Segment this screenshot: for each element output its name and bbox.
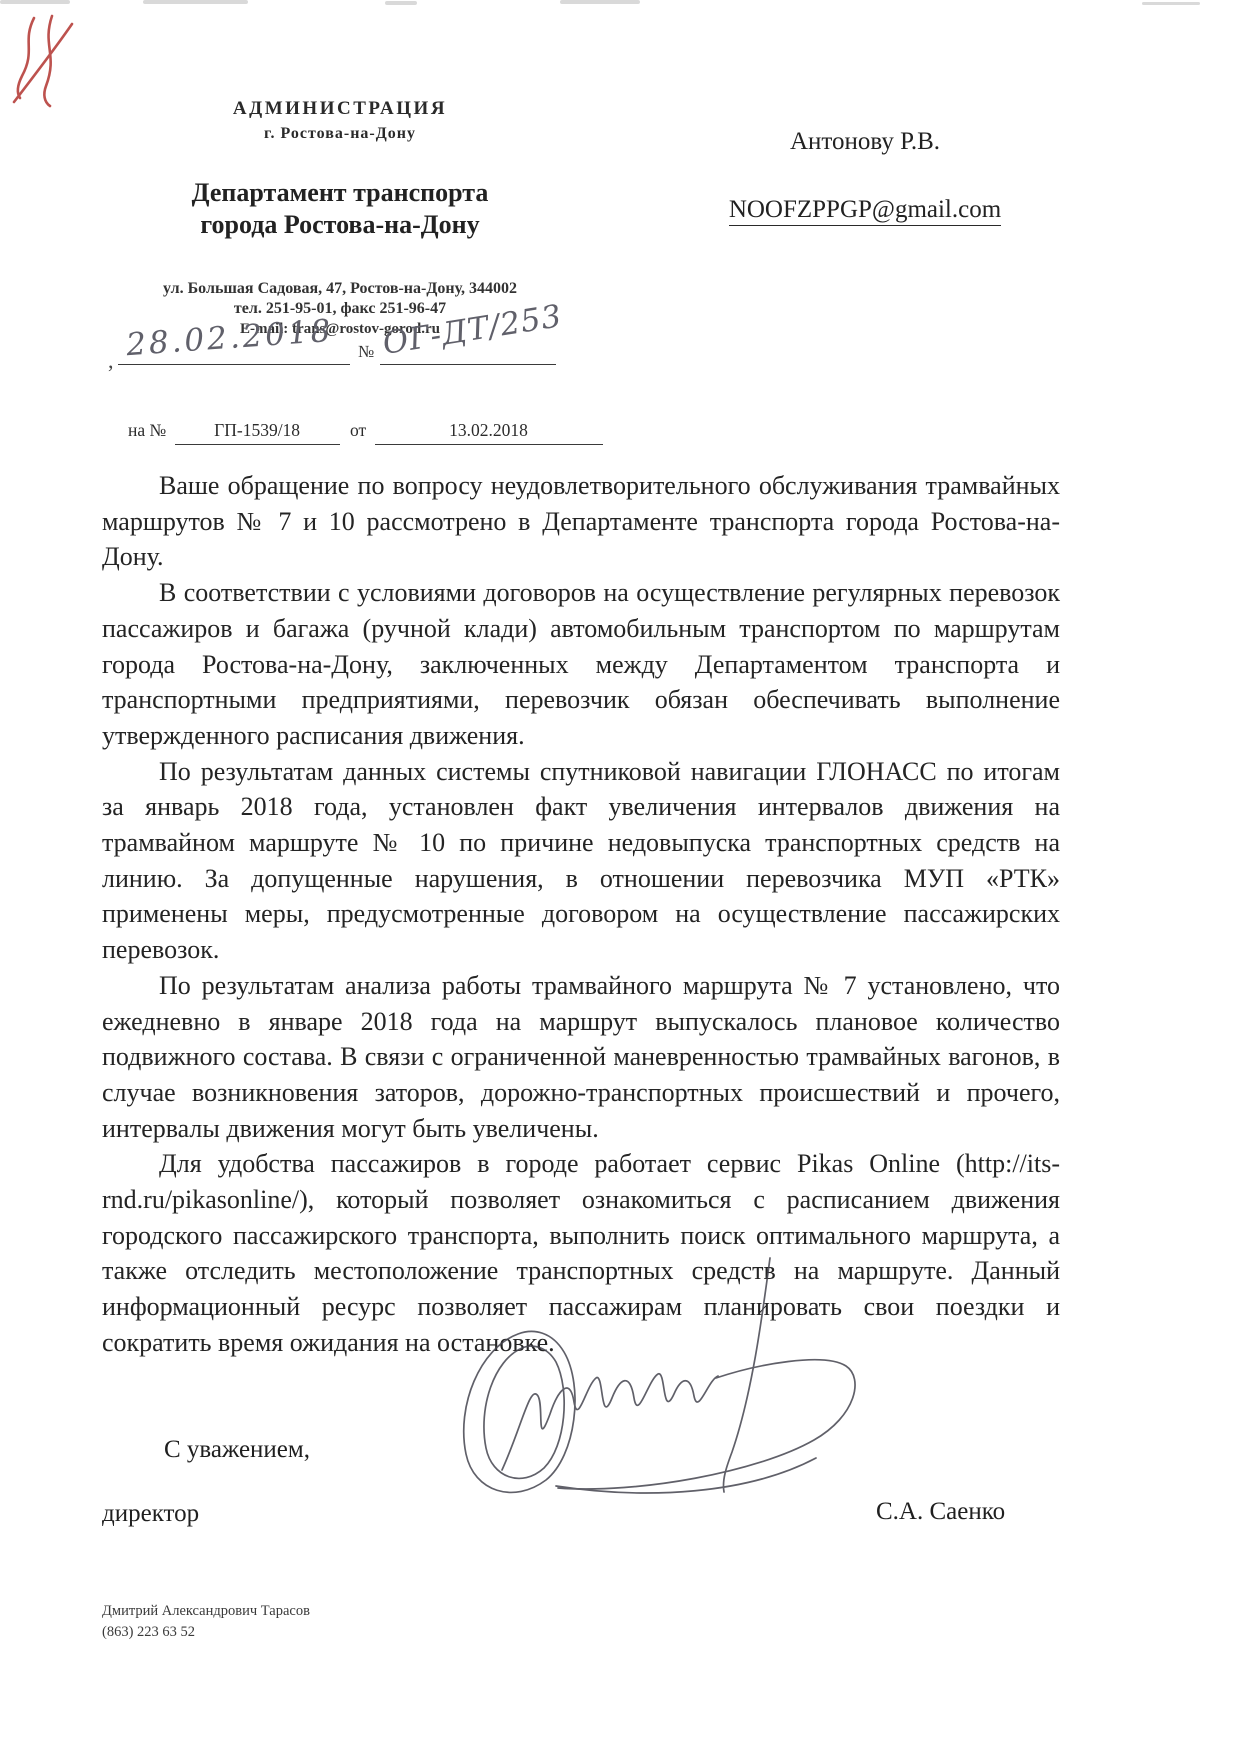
body-paragraph: По результатам анализа работы трамвайног… (102, 968, 1060, 1147)
number-sign: № (358, 342, 374, 362)
body-paragraph: По результатам данных системы спутниково… (102, 754, 1060, 968)
red-pen-scribble (6, 10, 84, 114)
sender-org-line1: АДМИНИСТРАЦИЯ (110, 98, 570, 120)
scan-streak (143, 0, 248, 4)
scan-streak (0, 0, 70, 4)
sender-org-line2: г. Ростова-на-Дону (110, 125, 570, 143)
reply-prefix: на № (128, 420, 166, 440)
recipient-block: Антонову Р.В. NOOFZPPGP@gmail.com (700, 128, 1030, 226)
signer-position: директор (102, 1500, 199, 1528)
signer-name: С.А. Саенко (876, 1498, 1005, 1526)
sender-dept-line1: Департамент транспорта (110, 177, 570, 209)
reply-from-label: от (350, 420, 366, 440)
reply-reference-row: на № ГП-1539/18 от 13.02.2018 (128, 420, 603, 445)
number-underline (380, 364, 556, 365)
closing-regards: С уважением, (164, 1436, 310, 1464)
contact-name: Дмитрий Александрович Тарасов (102, 1601, 310, 1622)
sender-dept-line2: города Ростова-на-Дону (110, 209, 570, 241)
scanned-letter-page: АДМИНИСТРАЦИЯ г. Ростова-на-Дону Департа… (0, 0, 1240, 1753)
scan-streak (560, 0, 640, 4)
reply-date: 13.02.2018 (375, 420, 603, 445)
sender-block: АДМИНИСТРАЦИЯ г. Ростова-на-Дону Департа… (110, 98, 570, 339)
date-underline (118, 364, 350, 365)
scan-streak (385, 1, 417, 5)
recipient-name: Антонову Р.В. (700, 128, 1030, 156)
body-paragraph: В соответствии с условиями договоров на … (102, 575, 1060, 754)
pen-comma-mark: , (108, 348, 114, 374)
recipient-email: NOOFZPPGP@gmail.com (729, 196, 1001, 226)
scan-streak (1142, 2, 1200, 5)
contact-phone: (863) 223 63 52 (102, 1622, 310, 1643)
letter-body: Ваше обращение по вопросу неудовлетворит… (102, 468, 1060, 1361)
body-paragraph: Ваше обращение по вопросу неудовлетворит… (102, 468, 1060, 575)
footer-contact: Дмитрий Александрович Тарасов (863) 223 … (102, 1601, 310, 1643)
signature-scribble (418, 1256, 870, 1528)
sender-address: ул. Большая Садовая, 47, Ростов-на-Дону,… (110, 279, 570, 299)
reply-number: ГП-1539/18 (175, 420, 340, 445)
reference-date-row: , 28.02.2018 № ОГ-ДТ/253 (104, 326, 584, 372)
